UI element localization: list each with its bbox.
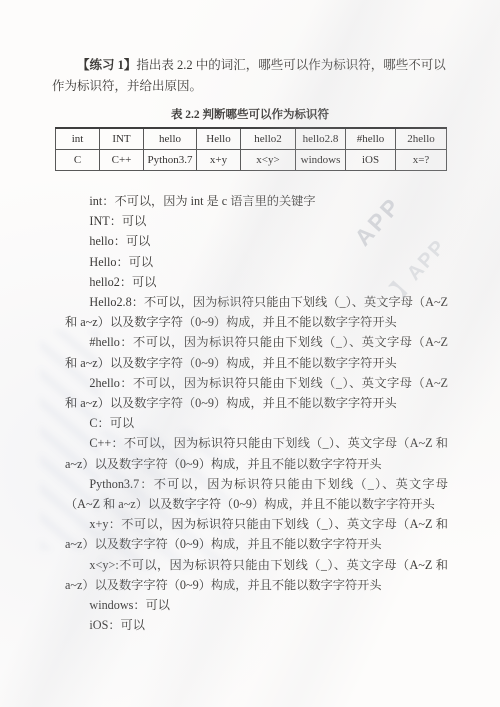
answer-line: x<y>:不可以，因为标识符只能由下划线（_）、英文字母（A~Z 和 a~z）以… [65,555,448,595]
answer-line: hello2：可以 [65,272,448,292]
answer-line: x+y：不可以，因为标识符只能由下划线（_）、英文字母（A~Z 和 a~z）以及… [65,514,448,554]
exercise-label: 【练习 1】 [77,58,136,72]
answer-line: windows：可以 [65,595,448,615]
answer-line: #hello：不可以，因为标识符只能由下划线（_）、英文字母（A~Z 和 a~z… [65,332,448,372]
table-cell: Python3.7 [144,150,197,171]
table-cell: x<y> [241,150,296,171]
table-cell: int [56,128,100,150]
answer-line: INT：可以 [65,211,448,231]
table-cell: hello [144,128,197,150]
answer-line: hello：可以 [65,231,448,251]
table-caption: 表 2.2 判断哪些可以作为标识符 [52,106,448,122]
table-cell: 2hello [396,128,447,150]
answer-line: C++：不可以，因为标识符只能由下划线（_）、英文字母（A~Z 和 a~z）以及… [65,433,448,473]
answers-list: int：不可以，因为 int 是 c 语言里的关键字INT：可以hello：可以… [65,191,448,635]
table-cell: iOS [346,150,396,171]
table-cell: INT [100,128,144,150]
identifier-table: intINThelloHellohello2hello2.8#hello2hel… [55,127,447,171]
answer-line: iOS：可以 [65,615,448,635]
answer-line: int：不可以，因为 int 是 c 语言里的关键字 [65,191,448,211]
answer-line: 2hello：不可以，因为标识符只能由下划线（_）、英文字母（A~Z 和 a~z… [65,373,448,413]
table-row: intINThelloHellohello2hello2.8#hello2hel… [56,128,447,150]
table-cell: windows [296,150,346,171]
answer-line: C：可以 [65,413,448,433]
answer-line: Hello：可以 [65,252,448,272]
exercise-paragraph: 【练习 1】指出表 2.2 中的词汇，哪些可以作为标识符，哪些不可以作为标识符，… [52,55,447,97]
identifier-table-body: intINThelloHellohello2hello2.8#hello2hel… [56,128,447,171]
table-cell: C [56,150,100,171]
table-row: CC++Python3.7x+yx<y>windowsiOSx=? [56,150,447,171]
answer-line: Python3.7：不可以，因为标识符只能由下划线（_）、英文字母（A~Z 和 … [65,474,448,514]
table-cell: x=? [396,150,447,171]
table-cell: hello2 [241,128,296,150]
table-cell: x+y [197,150,241,171]
table-cell: #hello [346,128,396,150]
book-page: 【练习 1】指出表 2.2 中的词汇，哪些可以作为标识符，哪些不可以作为标识符，… [0,0,500,707]
table-cell: C++ [100,150,144,171]
table-cell: hello2.8 [296,128,346,150]
answer-line: Hello2.8：不可以，因为标识符只能由下划线（_）、英文字母（A~Z 和 a… [65,292,448,332]
table-cell: Hello [197,128,241,150]
